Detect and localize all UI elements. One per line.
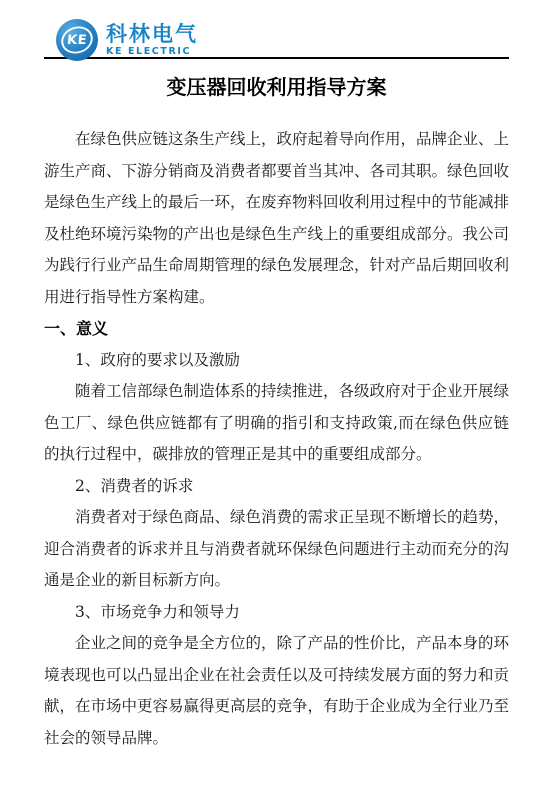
logo-text-block: 科林电气 KE ELECTRIC: [106, 24, 198, 57]
document-page: KE 科林电气 KE ELECTRIC 变压器回收利用指导方案 在绿色供应链这条…: [0, 0, 553, 787]
item-3-subtitle: 3、市场竞争力和领导力: [44, 597, 509, 629]
item-2-subtitle: 2、消费者的诉求: [44, 471, 509, 503]
document-title: 变压器回收利用指导方案: [44, 73, 509, 101]
company-name-en: KE ELECTRIC: [106, 47, 198, 57]
intro-paragraph: 在绿色供应链这条生产线上，政府起着导向作用，品牌企业、上游生产商、下游分销商及消…: [44, 124, 509, 313]
section-heading: 一、意义: [44, 313, 509, 345]
item-1-subtitle: 1、政府的要求以及激励: [44, 345, 509, 377]
item-2-body: 消费者对于绿色商品、绿色消费的需求正呈现不断增长的趋势，迎合消费者的诉求并且与消…: [44, 502, 509, 597]
item-1-body: 随着工信部绿色制造体系的持续推进，各级政府对于企业开展绿色工厂、绿色供应链都有了…: [44, 376, 509, 471]
ke-logo-icon: KE: [56, 19, 98, 61]
item-3-body: 企业之间的竞争是全方位的，除了产品的性价比，产品本身的环境表现也可以凸显出企业在…: [44, 628, 509, 754]
company-logo: KE 科林电气 KE ELECTRIC: [44, 19, 509, 61]
company-name-cn: 科林电气: [106, 24, 198, 45]
logo-monogram: KE: [66, 33, 88, 48]
document-header: KE 科林电气 KE ELECTRIC: [44, 0, 509, 59]
